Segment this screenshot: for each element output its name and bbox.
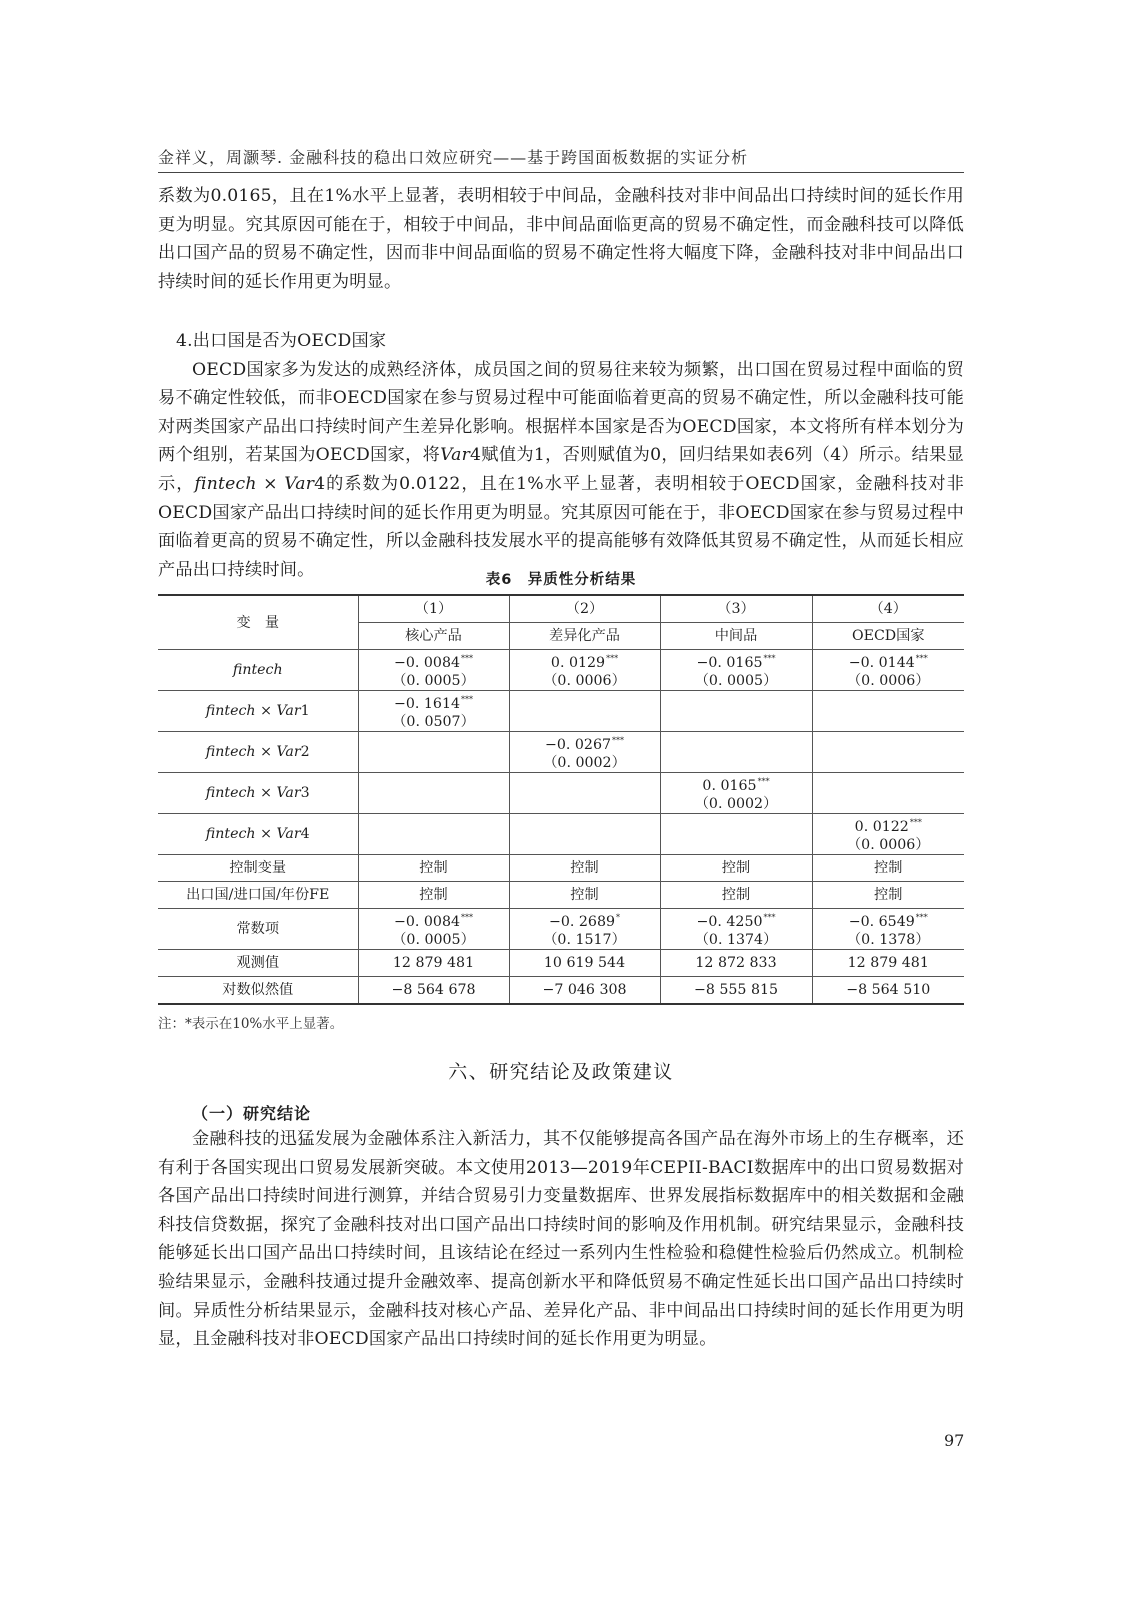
variable-header: 变 量: [158, 595, 358, 650]
table-cell: −8 555 815: [660, 977, 812, 1005]
empty-cell: [509, 691, 660, 732]
header-divider: [158, 172, 964, 173]
running-header: 金祥义，周灏琴. 金融科技的稳出口效应研究——基于跨国面板数据的实证分析: [158, 145, 964, 168]
empty-cell: [509, 773, 660, 814]
times-symbol: ×: [257, 474, 285, 494]
table-cell: 控制: [509, 855, 660, 882]
table-note: 注：*表示在10%水平上显著。: [158, 1012, 343, 1032]
significance-stars: ***: [916, 654, 928, 663]
conclusion-text: 金融科技的迅猛发展为金融体系注入新活力，其不仅能够提高各国产品在海外市场上的生存…: [158, 1125, 964, 1354]
column-number: （3）: [660, 595, 812, 623]
table-row-observations: 观测值 12 879 481 10 619 544 12 872 833 12 …: [158, 950, 964, 977]
significance-stars: ***: [910, 818, 922, 827]
table-cell: 12 879 481: [358, 950, 509, 977]
page-number: 97: [944, 1431, 964, 1450]
table-row-constant: 常数项 −0. 0084***（0. 0005） −0. 2689*（0. 15…: [158, 909, 964, 950]
table-cell: 控制: [509, 882, 660, 909]
table-row-var4: fintech × Var4 0. 0122***（0. 0006）: [158, 814, 964, 855]
table-cell: 12 872 833: [660, 950, 812, 977]
table-row-var3: fintech × Var3 0. 0165***（0. 0002）: [158, 773, 964, 814]
subsection-heading: 4.出口国是否为OECD国家: [158, 327, 964, 356]
row-label: fintech × Var4: [158, 814, 358, 855]
significance-stars: *: [616, 913, 620, 922]
row-label: 控制变量: [158, 855, 358, 882]
significance-stars: ***: [612, 736, 624, 745]
table-cell: −0. 0084***（0. 0005）: [358, 909, 509, 950]
table-row-fintech: fintech −0. 0084***（0. 0005） 0. 0129***（…: [158, 650, 964, 691]
coefficient: −0. 1614: [394, 696, 460, 712]
column-label: 核心产品: [358, 623, 509, 650]
empty-cell: [660, 814, 812, 855]
table-cell: 控制: [358, 855, 509, 882]
table-cell: 0. 0165***（0. 0002）: [660, 773, 812, 814]
table-row-fixed-effects: 出口国/进口国/年份FE 控制 控制 控制 控制: [158, 882, 964, 909]
section-title: 六、研究结论及政策建议: [158, 1057, 964, 1084]
table-cell: −0. 4250***（0. 1374）: [660, 909, 812, 950]
empty-cell: [358, 814, 509, 855]
coefficient: −0. 0165: [696, 655, 762, 671]
significance-stars: ***: [758, 777, 770, 786]
results-table: 变 量 （1） （2） （3） （4） 核心产品 差异化产品 中间品 OECD国…: [158, 594, 964, 1005]
coefficient: 0. 0122: [855, 819, 909, 835]
coefficient: −0. 2689: [549, 914, 615, 930]
empty-cell: [812, 691, 964, 732]
row-label: fintech × Var2: [158, 732, 358, 773]
significance-stars: ***: [461, 913, 473, 922]
empty-cell: [660, 732, 812, 773]
empty-cell: [509, 814, 660, 855]
standard-error: （0. 0006）: [847, 673, 930, 689]
empty-cell: [660, 691, 812, 732]
row-label: 常数项: [158, 909, 358, 950]
empty-cell: [812, 773, 964, 814]
standard-error: （0. 0006）: [847, 837, 930, 853]
table-cell: −0. 0144***（0. 0006）: [812, 650, 964, 691]
column-label: 中间品: [660, 623, 812, 650]
table-cell: −7 046 308: [509, 977, 660, 1005]
table-cell: −8 564 678: [358, 977, 509, 1005]
table-row-controls: 控制变量 控制 控制 控制 控制: [158, 855, 964, 882]
table-cell: 控制: [660, 882, 812, 909]
paragraph: 系数为0.0165，且在1%水平上显著，表明相较于中间品，金融科技对非中间品出口…: [158, 182, 964, 296]
table-cell: 控制: [660, 855, 812, 882]
table-cell: 控制: [358, 882, 509, 909]
table-row-var2: fintech × Var2 −0. 0267***（0. 0002）: [158, 732, 964, 773]
table-cell: −0. 6549***（0. 1378）: [812, 909, 964, 950]
variable-name: Var: [284, 474, 314, 494]
empty-cell: [358, 732, 509, 773]
table-cell: 0. 0122***（0. 0006）: [812, 814, 964, 855]
significance-stars: ***: [764, 913, 776, 922]
table-cell: −0. 0267***（0. 0002）: [509, 732, 660, 773]
coefficient: −0. 0084: [394, 914, 460, 930]
table-cell: 12 879 481: [812, 950, 964, 977]
row-label: fintech: [158, 650, 358, 691]
subsection-oecd: 4.出口国是否为OECD国家 OECD国家多为发达的成熟经济体，成员国之间的贸易…: [158, 327, 964, 584]
variable-name: fintech: [195, 474, 257, 494]
significance-stars: ***: [764, 654, 776, 663]
table-cell: 0. 0129***（0. 0006）: [509, 650, 660, 691]
variable-name: Var: [440, 445, 470, 465]
standard-error: （0. 0005）: [392, 673, 475, 689]
row-label: fintech × Var1: [158, 691, 358, 732]
table-row-log-likelihood: 对数似然值 −8 564 678 −7 046 308 −8 555 815 −…: [158, 977, 964, 1005]
subsection-title: （一）研究结论: [192, 1101, 311, 1124]
standard-error: （0. 0005）: [695, 673, 778, 689]
standard-error: （0. 1378）: [847, 932, 930, 948]
table-cell: 10 619 544: [509, 950, 660, 977]
standard-error: （0. 0006）: [543, 673, 626, 689]
table-cell: −0. 1614***（0. 0507）: [358, 691, 509, 732]
row-label: fintech × Var3: [158, 773, 358, 814]
standard-error: （0. 0507）: [392, 714, 475, 730]
paragraph: OECD国家多为发达的成熟经济体，成员国之间的贸易往来较为频繁，出口国在贸易过程…: [158, 356, 964, 585]
row-label: 对数似然值: [158, 977, 358, 1005]
table-cell: −8 564 510: [812, 977, 964, 1005]
coefficient: −0. 6549: [849, 914, 915, 930]
significance-stars: ***: [916, 913, 928, 922]
table-cell: −0. 0165***（0. 0005）: [660, 650, 812, 691]
coefficient: 0. 0165: [702, 778, 756, 794]
column-number: （1）: [358, 595, 509, 623]
coefficient: −0. 0144: [849, 655, 915, 671]
column-number: （2）: [509, 595, 660, 623]
table-cell: −0. 0084***（0. 0005）: [358, 650, 509, 691]
standard-error: （0. 0002）: [543, 755, 626, 771]
column-label: OECD国家: [812, 623, 964, 650]
table-caption: 表6 异质性分析结果: [158, 568, 964, 589]
significance-stars: ***: [461, 654, 473, 663]
coefficient: −0. 0267: [545, 737, 611, 753]
table-header-row: 变 量 （1） （2） （3） （4）: [158, 595, 964, 623]
empty-cell: [358, 773, 509, 814]
standard-error: （0. 0002）: [695, 796, 778, 812]
table-cell: 控制: [812, 882, 964, 909]
standard-error: （0. 0005）: [392, 932, 475, 948]
paragraph: 金融科技的迅猛发展为金融体系注入新活力，其不仅能够提高各国产品在海外市场上的生存…: [158, 1125, 964, 1354]
variable-index: 4: [314, 474, 325, 494]
standard-error: （0. 1517）: [543, 932, 626, 948]
standard-error: （0. 1374）: [695, 932, 778, 948]
table-cell: 控制: [812, 855, 964, 882]
row-label: 出口国/进口国/年份FE: [158, 882, 358, 909]
body-text-continuation: 系数为0.0165，且在1%水平上显著，表明相较于中间品，金融科技对非中间品出口…: [158, 182, 964, 296]
column-number: （4）: [812, 595, 964, 623]
table-row-var1: fintech × Var1 −0. 1614***（0. 0507）: [158, 691, 964, 732]
row-label: 观测值: [158, 950, 358, 977]
table-cell: −0. 2689*（0. 1517）: [509, 909, 660, 950]
empty-cell: [812, 732, 964, 773]
significance-stars: ***: [461, 695, 473, 704]
column-label: 差异化产品: [509, 623, 660, 650]
coefficient: −0. 0084: [394, 655, 460, 671]
variable-index: 4: [470, 445, 481, 465]
coefficient: −0. 4250: [696, 914, 762, 930]
coefficient: 0. 0129: [551, 655, 605, 671]
significance-stars: ***: [606, 654, 618, 663]
